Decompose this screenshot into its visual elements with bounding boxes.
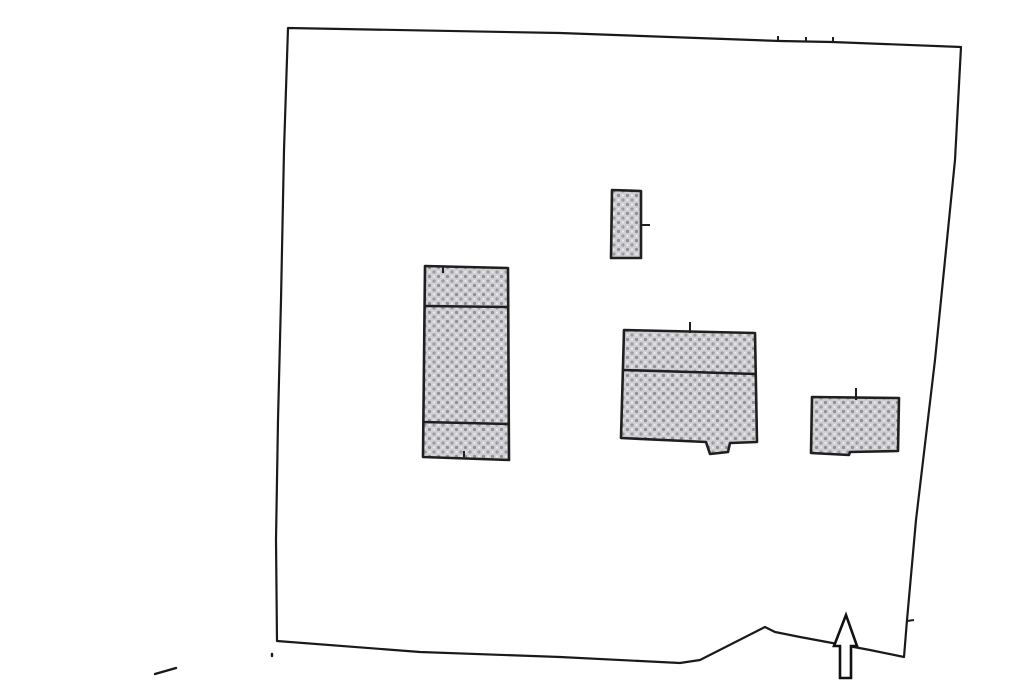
site-plan [0, 0, 1024, 682]
stray-mark [155, 654, 272, 674]
building-center [621, 322, 757, 454]
building-small-north [611, 190, 650, 258]
access-arrow-icon [834, 615, 857, 678]
building-east [811, 388, 899, 455]
building-main-west [423, 266, 509, 460]
parcel-boundary [276, 28, 961, 663]
